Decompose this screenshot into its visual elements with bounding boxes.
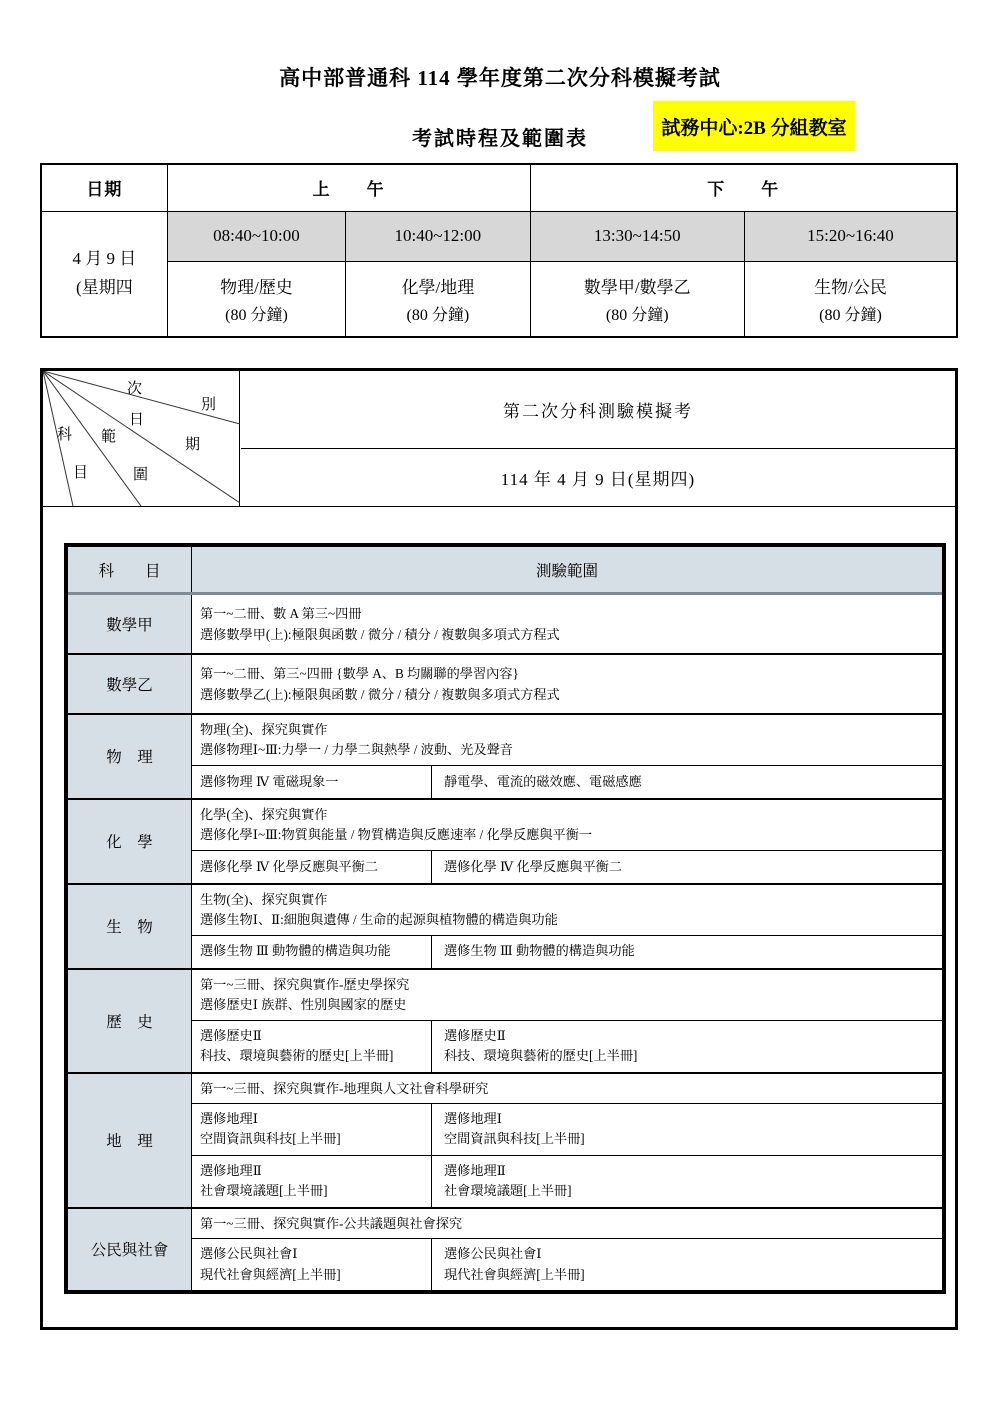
session-subject-2: 化學/地理 (80 分鐘) xyxy=(346,261,530,337)
session-time-1: 08:40~10:00 xyxy=(167,211,345,261)
range-text-line: 選修生物 Ⅲ 動物體的構造與功能 xyxy=(200,941,423,961)
range-text-line: 選修地理Ⅱ xyxy=(444,1161,930,1181)
corner-label-ci: 次 xyxy=(127,377,142,398)
range-text-line: 第一~二冊、第三~四冊 {數學 A、B 均關聯的學習內容} xyxy=(200,664,934,684)
range-text-line: 選修化學 Ⅳ 化學反應與平衡二 xyxy=(200,857,423,877)
range-split-right: 選修化學 Ⅳ 化學反應與平衡二 xyxy=(432,851,942,883)
range-split-left: 選修歷史Ⅱ科技、環境與藝術的歷史[上半冊] xyxy=(192,1021,432,1072)
exam-date-cell: 114 年 4 月 9 日(星期四) xyxy=(241,449,955,506)
subject-cell: 物 理 xyxy=(68,715,192,798)
session-duration: (80 分鐘) xyxy=(168,302,345,325)
corner-label-wei: 圍 xyxy=(133,463,148,484)
range-split-right: 選修公民與社會Ⅰ現代社會與經濟[上半冊] xyxy=(432,1239,942,1290)
session-subject-label: 化學/地理 xyxy=(346,273,529,298)
range-content-cell: 物理(全)、探究與實作選修物理Ⅰ~Ⅲ:力學一 / 力學二與熱學 / 波動、光及聲… xyxy=(192,715,942,798)
range-text-line: 選修化學 Ⅳ 化學反應與平衡二 xyxy=(444,857,930,877)
range-text-line: 科技、環境與藝術的歷史[上半冊] xyxy=(200,1046,423,1066)
range-table-row: 化 學化學(全)、探究與實作選修化學Ⅰ~Ⅲ:物質與能量 / 物質構造與反應速率 … xyxy=(68,798,942,883)
subject-cell: 地 理 xyxy=(68,1074,192,1207)
subject-cell: 數學乙 xyxy=(68,655,192,713)
range-block-split: 選修公民與社會Ⅰ現代社會與經濟[上半冊]選修公民與社會Ⅰ現代社會與經濟[上半冊] xyxy=(192,1238,942,1290)
range-text-line: 生物(全)、探究與實作 xyxy=(200,890,934,910)
range-text-line: 選修生物Ⅰ、Ⅱ:細胞與遺傳 / 生命的起源與植物體的構造與功能 xyxy=(200,910,934,930)
document-page: 高中部普通科 114 學年度第二次分科模擬考試 考試時程及範圍表 試務中心:2B… xyxy=(0,0,1000,1415)
range-split-left: 選修生物 Ⅲ 動物體的構造與功能 xyxy=(192,936,432,968)
range-text-line: 化學(全)、探究與實作 xyxy=(200,805,934,825)
schedule-table: 日期 上 午 下 午 4 月 9 日 (星期四 08:40~10:00 10:4… xyxy=(40,163,958,338)
corner-label-ke: 科 xyxy=(57,423,72,444)
corner-label-bie: 別 xyxy=(201,393,216,414)
range-block-split: 選修物理 Ⅳ 電磁現象一靜電學、電流的磁效應、電磁感應 xyxy=(192,765,942,798)
range-split-right: 選修地理Ⅱ社會環境議題[上半冊] xyxy=(432,1156,942,1207)
session-subject-3: 數學甲/數學乙 (80 分鐘) xyxy=(530,261,744,337)
range-content-cell: 生物(全)、探究與實作選修生物Ⅰ、Ⅱ:細胞與遺傳 / 生命的起源與植物體的構造與… xyxy=(192,885,942,968)
range-block-full: 物理(全)、探究與實作選修物理Ⅰ~Ⅲ:力學一 / 力學二與熱學 / 波動、光及聲… xyxy=(192,715,942,765)
range-split-left: 選修物理 Ⅳ 電磁現象一 xyxy=(192,766,432,798)
range-text-line: 第一~三冊、探究與實作-歷史學探究 xyxy=(200,975,934,995)
range-table: 科 目 測驗範圍 數學甲第一~二冊、數 A 第三~四冊選修數學甲(上):極限與函… xyxy=(64,543,946,1294)
range-split-left: 選修公民與社會Ⅰ現代社會與經濟[上半冊] xyxy=(192,1239,432,1290)
range-split-left: 選修地理Ⅱ社會環境議題[上半冊] xyxy=(192,1156,432,1207)
range-text-line: 選修歷史Ⅱ xyxy=(200,1026,423,1046)
range-content-cell: 化學(全)、探究與實作選修化學Ⅰ~Ⅲ:物質與能量 / 物質構造與反應速率 / 化… xyxy=(192,800,942,883)
range-text-line: 社會環境議題[上半冊] xyxy=(444,1181,930,1201)
range-block-split: 選修地理Ⅱ社會環境議題[上半冊]選修地理Ⅱ社會環境議題[上半冊] xyxy=(192,1155,942,1207)
corner-label-ri: 日 xyxy=(129,408,144,429)
range-block-split: 選修地理Ⅰ空間資訊與科技[上半冊]選修地理Ⅰ空間資訊與科技[上半冊] xyxy=(192,1103,942,1155)
range-text-line: 選修地理Ⅱ xyxy=(200,1161,423,1181)
schedule-date-line1: 4 月 9 日 xyxy=(42,245,167,274)
range-text-line: 選修數學甲(上):極限與函數 / 微分 / 積分 / 複數與多項式方程式 xyxy=(200,625,934,645)
range-content-cell: 第一~三冊、探究與實作-地理與人文社會科學研究選修地理Ⅰ空間資訊與科技[上半冊]… xyxy=(192,1074,942,1207)
range-text-line: 選修物理 Ⅳ 電磁現象一 xyxy=(200,772,423,792)
range-text-line: 選修公民與社會Ⅰ xyxy=(444,1244,930,1264)
range-content-cell: 第一~二冊、第三~四冊 {數學 A、B 均關聯的學習內容}選修數學乙(上):極限… xyxy=(192,655,942,713)
schedule-date-line2: (星期四 xyxy=(42,274,167,303)
subject-cell: 化 學 xyxy=(68,800,192,883)
range-block-full: 生物(全)、探究與實作選修生物Ⅰ、Ⅱ:細胞與遺傳 / 生命的起源與植物體的構造與… xyxy=(192,885,942,935)
range-table-header: 科 目 測驗範圍 xyxy=(68,547,942,595)
range-table-row: 歷 史第一~三冊、探究與實作-歷史學探究選修歷史Ⅰ 族群、性別與國家的歷史選修歷… xyxy=(68,968,942,1072)
range-block-full: 第一~三冊、探究與實作-歷史學探究選修歷史Ⅰ 族群、性別與國家的歷史 xyxy=(192,970,942,1020)
info-table-top: 次 別 日 期 範 圍 科 目 第二次分科測驗模擬考 114 年 4 月 9 日… xyxy=(43,371,955,507)
subject-cell: 公民與社會 xyxy=(68,1209,192,1290)
range-text-line: 選修地理Ⅰ xyxy=(444,1109,930,1129)
subject-cell: 歷 史 xyxy=(68,970,192,1072)
subject-cell: 生 物 xyxy=(68,885,192,968)
range-header-scope: 測驗範圍 xyxy=(192,547,942,592)
range-text-line: 選修物理Ⅰ~Ⅲ:力學一 / 力學二與熱學 / 波動、光及聲音 xyxy=(200,740,934,760)
schedule-header-afternoon: 下 午 xyxy=(530,164,957,211)
range-text-line: 空間資訊與科技[上半冊] xyxy=(444,1129,930,1149)
range-table-row: 地 理第一~三冊、探究與實作-地理與人文社會科學研究選修地理Ⅰ空間資訊與科技[上… xyxy=(68,1072,942,1207)
schedule-date-cell: 4 月 9 日 (星期四 xyxy=(41,211,167,337)
subject-cell: 數學甲 xyxy=(68,595,192,653)
session-time-2: 10:40~12:00 xyxy=(346,211,530,261)
range-text-line: 選修生物 Ⅲ 動物體的構造與功能 xyxy=(444,941,930,961)
range-split-right: 選修歷史Ⅱ科技、環境與藝術的歷史[上半冊] xyxy=(432,1021,942,1072)
range-table-body: 數學甲第一~二冊、數 A 第三~四冊選修數學甲(上):極限與函數 / 微分 / … xyxy=(68,595,942,1290)
range-text-line: 選修公民與社會Ⅰ xyxy=(200,1244,423,1264)
schedule-header-date: 日期 xyxy=(41,164,167,211)
range-text-line: 科技、環境與藝術的歷史[上半冊] xyxy=(444,1046,930,1066)
corner-label-qi: 期 xyxy=(185,433,200,454)
range-text-line: 選修化學Ⅰ~Ⅲ:物質與能量 / 物質構造與反應速率 / 化學反應與平衡一 xyxy=(200,825,934,845)
range-text-line: 第一~三冊、探究與實作-地理與人文社會科學研究 xyxy=(200,1079,934,1099)
range-split-left: 選修化學 Ⅳ 化學反應與平衡二 xyxy=(192,851,432,883)
range-text-line: 物理(全)、探究與實作 xyxy=(200,720,934,740)
diagonal-header-cell: 次 別 日 期 範 圍 科 目 xyxy=(43,371,240,506)
session-subject-label: 數學甲/數學乙 xyxy=(531,273,744,298)
session-duration: (80 分鐘) xyxy=(745,302,956,325)
range-text-line: 靜電學、電流的磁效應、電磁感應 xyxy=(444,772,930,792)
range-table-row: 公民與社會第一~三冊、探究與實作-公共議題與社會探究選修公民與社會Ⅰ現代社會與經… xyxy=(68,1207,942,1290)
session-subject-4: 生物/公民 (80 分鐘) xyxy=(744,261,957,337)
exam-office-highlight: 試務中心:2B 分組教室 xyxy=(653,101,855,151)
range-content-cell: 第一~二冊、數 A 第三~四冊選修數學甲(上):極限與函數 / 微分 / 積分 … xyxy=(192,595,942,653)
range-block-full: 第一~三冊、探究與實作-公共議題與社會探究 xyxy=(192,1209,942,1238)
range-block-full: 第一~二冊、第三~四冊 {數學 A、B 均關聯的學習內容}選修數學乙(上):極限… xyxy=(192,655,942,713)
range-split-left: 選修地理Ⅰ空間資訊與科技[上半冊] xyxy=(192,1104,432,1155)
corner-label-mu: 目 xyxy=(73,461,88,482)
range-block-split: 選修生物 Ⅲ 動物體的構造與功能選修生物 Ⅲ 動物體的構造與功能 xyxy=(192,935,942,968)
range-block-full: 化學(全)、探究與實作選修化學Ⅰ~Ⅲ:物質與能量 / 物質構造與反應速率 / 化… xyxy=(192,800,942,850)
session-time-4: 15:20~16:40 xyxy=(744,211,957,261)
range-content-cell: 第一~三冊、探究與實作-歷史學探究選修歷史Ⅰ 族群、性別與國家的歷史選修歷史Ⅱ科… xyxy=(192,970,942,1072)
range-split-right: 靜電學、電流的磁效應、電磁感應 xyxy=(432,766,942,798)
range-block-full: 第一~三冊、探究與實作-地理與人文社會科學研究 xyxy=(192,1074,942,1103)
range-text-line: 選修數學乙(上):極限與函數 / 微分 / 積分 / 複數與多項式方程式 xyxy=(200,685,934,705)
range-text-line: 第一~二冊、數 A 第三~四冊 xyxy=(200,604,934,624)
range-table-row: 生 物生物(全)、探究與實作選修生物Ⅰ、Ⅱ:細胞與遺傳 / 生命的起源與植物體的… xyxy=(68,883,942,968)
range-text-line: 選修地理Ⅰ xyxy=(200,1109,423,1129)
range-text-line: 現代社會與經濟[上半冊] xyxy=(200,1265,423,1285)
exam-info-box: 次 別 日 期 範 圍 科 目 第二次分科測驗模擬考 114 年 4 月 9 日… xyxy=(40,368,958,1330)
session-duration: (80 分鐘) xyxy=(346,302,529,325)
exam-name-cell: 第二次分科測驗模擬考 xyxy=(241,371,955,449)
schedule-header-morning: 上 午 xyxy=(167,164,530,211)
document-title: 高中部普通科 114 學年度第二次分科模擬考試 xyxy=(0,62,1000,92)
range-text-line: 空間資訊與科技[上半冊] xyxy=(200,1129,423,1149)
range-text-line: 選修歷史Ⅰ 族群、性別與國家的歷史 xyxy=(200,995,934,1015)
session-subject-label: 物理/歷史 xyxy=(168,273,345,298)
corner-label-fan: 範 xyxy=(101,425,116,446)
session-subject-1: 物理/歷史 (80 分鐘) xyxy=(167,261,345,337)
range-text-line: 社會環境議題[上半冊] xyxy=(200,1181,423,1201)
session-subject-label: 生物/公民 xyxy=(745,273,956,298)
range-block-split: 選修歷史Ⅱ科技、環境與藝術的歷史[上半冊]選修歷史Ⅱ科技、環境與藝術的歷史[上半… xyxy=(192,1020,942,1072)
session-time-3: 13:30~14:50 xyxy=(530,211,744,261)
range-table-row: 數學甲第一~二冊、數 A 第三~四冊選修數學甲(上):極限與函數 / 微分 / … xyxy=(68,595,942,653)
range-text-line: 第一~三冊、探究與實作-公共議題與社會探究 xyxy=(200,1214,934,1234)
range-header-subject: 科 目 xyxy=(68,547,192,592)
range-table-row: 數學乙第一~二冊、第三~四冊 {數學 A、B 均關聯的學習內容}選修數學乙(上)… xyxy=(68,653,942,713)
range-table-row: 物 理物理(全)、探究與實作選修物理Ⅰ~Ⅲ:力學一 / 力學二與熱學 / 波動、… xyxy=(68,713,942,798)
range-block-full: 第一~二冊、數 A 第三~四冊選修數學甲(上):極限與函數 / 微分 / 積分 … xyxy=(192,595,942,653)
range-text-line: 現代社會與經濟[上半冊] xyxy=(444,1265,930,1285)
range-text-line: 選修歷史Ⅱ xyxy=(444,1026,930,1046)
range-content-cell: 第一~三冊、探究與實作-公共議題與社會探究選修公民與社會Ⅰ現代社會與經濟[上半冊… xyxy=(192,1209,942,1290)
range-split-right: 選修地理Ⅰ空間資訊與科技[上半冊] xyxy=(432,1104,942,1155)
range-split-right: 選修生物 Ⅲ 動物體的構造與功能 xyxy=(432,936,942,968)
range-block-split: 選修化學 Ⅳ 化學反應與平衡二選修化學 Ⅳ 化學反應與平衡二 xyxy=(192,850,942,883)
session-duration: (80 分鐘) xyxy=(531,302,744,325)
